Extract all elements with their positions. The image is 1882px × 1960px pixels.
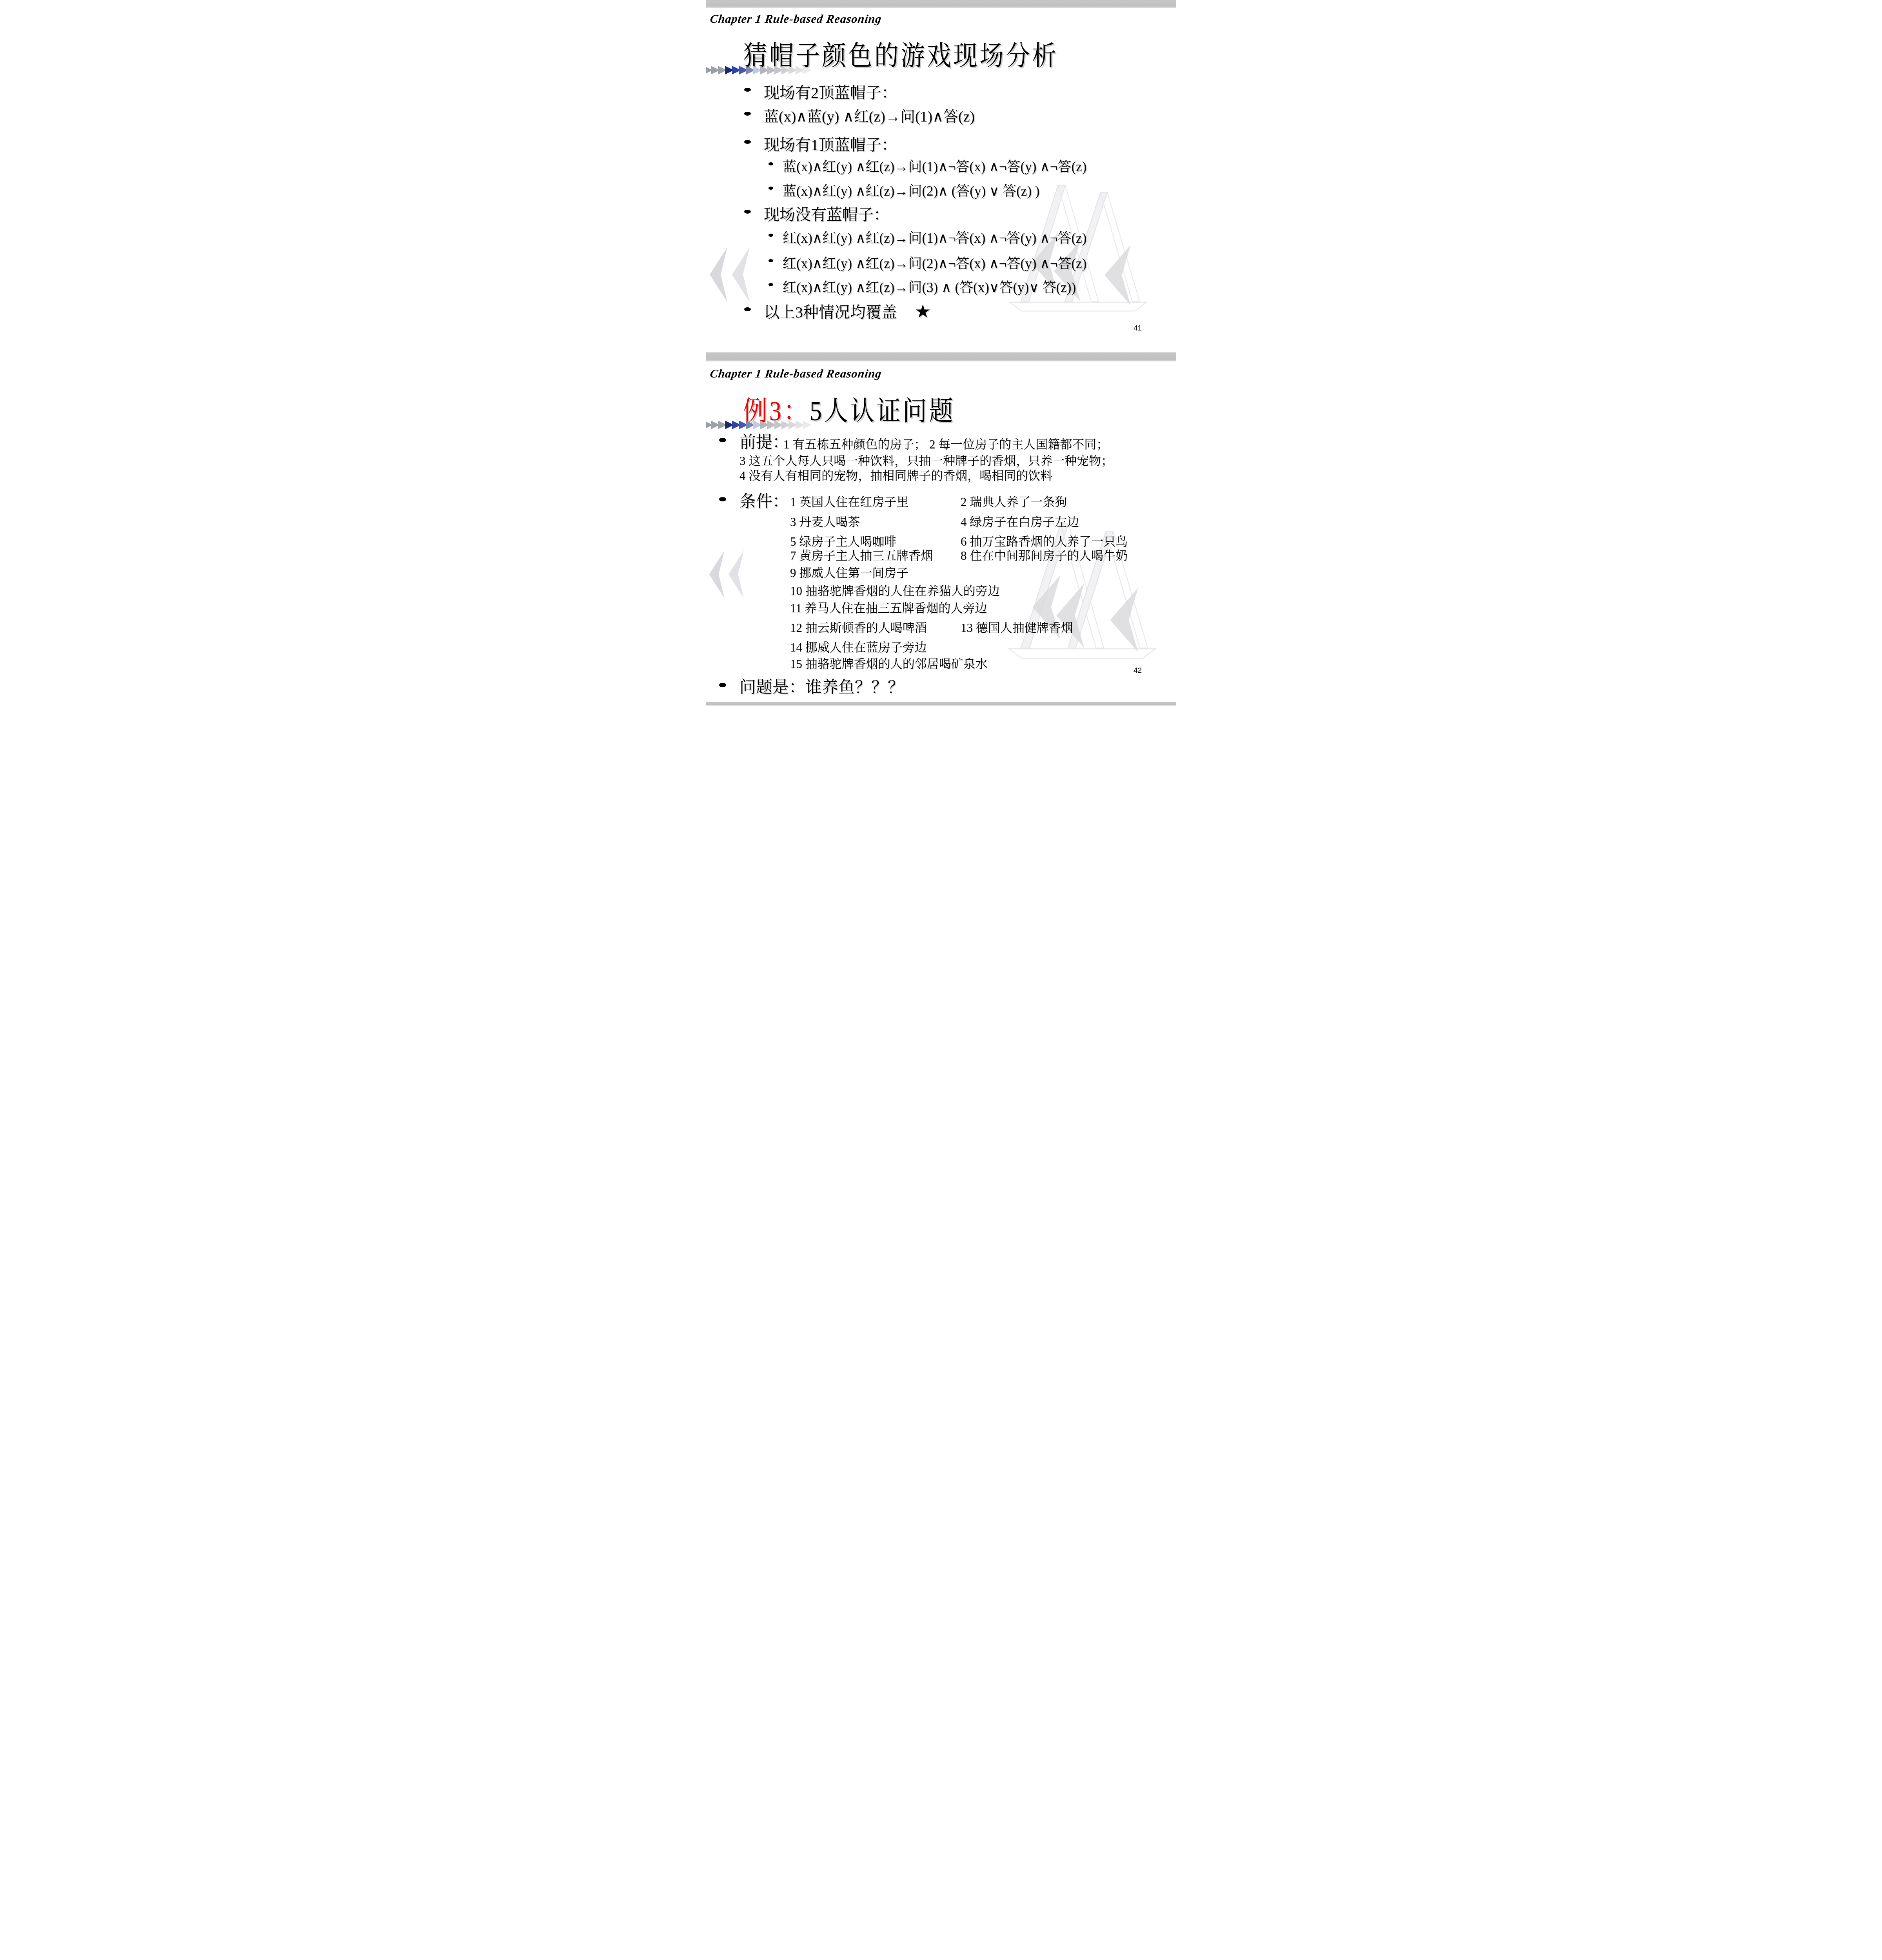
slide1-sub-5: 红(x)∧红(y) ∧红(z)→问(3) ∧ (答(x)∨答(y)∨ 答(z))	[783, 277, 1076, 296]
star-icon: ★	[915, 301, 931, 321]
condition-label: 条件：	[739, 488, 789, 512]
bullet-dot	[744, 210, 751, 214]
slide1-sub-3: 红(x)∧红(y) ∧红(z)→问(1)∧¬答(x) ∧¬答(y) ∧¬答(z)	[783, 227, 1086, 247]
bullet-dot	[744, 112, 751, 116]
condition-item: 13 德国人抽健牌香烟	[961, 618, 1073, 635]
bullet-dot	[719, 497, 726, 501]
bullet-dot	[768, 187, 773, 190]
condition-row: 15 抽骆驼牌香烟的人的邻居喝矿泉水	[790, 654, 1159, 671]
condition-item: 15 抽骆驼牌香烟的人的邻居喝矿泉水	[790, 657, 988, 671]
slide2-page-number: 42	[1134, 666, 1142, 675]
slide1-bullet-4-text: 以上3种情况均覆盖	[764, 303, 897, 321]
slide1-bullet-4: 以上3种情况均覆盖★	[764, 300, 931, 322]
slide2-title-text: 5人认证问题	[810, 396, 955, 426]
bullet-dot	[744, 88, 751, 92]
question-line: 问题是：谁养鱼？？？	[739, 674, 904, 698]
slide1-page-number: 41	[1134, 324, 1142, 333]
slide2-chevron-watermark	[706, 549, 747, 600]
arrow-triangle-icon	[803, 66, 812, 74]
arrow-triangle-icon	[803, 421, 812, 429]
condition-row: 14 挪威人住在蓝房子旁边	[790, 637, 1159, 655]
condition-row: 1 英国人住在红房子里 2 瑞典人养了一条狗	[790, 492, 1159, 510]
condition-item: 9 挪威人住第一间房子	[790, 566, 908, 580]
condition-item: 1 英国人住在红房子里	[790, 495, 908, 509]
slide1-arrow-decoration	[706, 66, 812, 74]
slide-divider-bar	[706, 352, 1176, 361]
bullet-dot	[719, 438, 726, 442]
bullet-dot	[719, 683, 726, 687]
slide1-formula-1: 蓝(x)∧蓝(y) ∧红(z)→问(1)∧答(z)	[764, 104, 975, 126]
premise-label: 前提：	[739, 429, 789, 453]
premise-line-3: 4 没有人有相同的宠物，抽相同牌子的香烟，喝相同的饮料	[739, 466, 1052, 483]
slide1-bullet-1: 现场有2顶蓝帽子：	[764, 80, 897, 103]
condition-item: 4 绿房子在白房子左边	[961, 512, 1079, 530]
condition-row: 3 丹麦人喝茶 4 绿房子在白房子左边	[790, 512, 1159, 530]
bullet-dot	[744, 307, 751, 311]
slide1-sub-2: 蓝(x)∧红(y) ∧红(z)→问(2)∧ (答(y) ∨ 答(z) )	[783, 180, 1039, 200]
slide1-logo-watermark	[996, 180, 1161, 318]
slide1-chevron-watermark	[706, 246, 753, 303]
condition-row: 9 挪威人住第一间房子	[790, 563, 1159, 581]
bottom-gray-bar	[706, 702, 1176, 706]
slide1-chapter-header: Chapter 1 Rule-based Reasoning	[709, 13, 883, 26]
condition-item: 11 养马人住在抽三五牌香烟的人旁边	[790, 601, 987, 615]
top-gray-bar	[706, 0, 1176, 8]
condition-item: 14 挪威人住在蓝房子旁边	[790, 641, 927, 654]
slide1-bullet-2: 现场有1顶蓝帽子：	[764, 132, 897, 155]
condition-item: 7 黄房子主人抽三五牌香烟	[790, 549, 933, 563]
condition-item: 3 丹麦人喝茶	[790, 515, 860, 529]
condition-item: 8 住在中间那间房子的人喝牛奶	[961, 546, 1128, 563]
premise-line-1: 1 有五栋五种颜色的房子； 2 每一位房子的主人国籍都不同；	[783, 434, 1108, 452]
slide2-arrow-decoration	[706, 421, 812, 429]
slides-page: Chapter 1 Rule-based Reasoning 猜帽子颜色的游戏现…	[706, 0, 1176, 706]
bullet-dot	[768, 259, 773, 262]
slide1-sub-1: 蓝(x)∧红(y) ∧红(z)→问(1)∧¬答(x) ∧¬答(y) ∧¬答(z)	[783, 156, 1086, 176]
bullet-dot	[768, 283, 773, 286]
bullet-dot	[768, 162, 773, 165]
condition-row: 11 养马人住在抽三五牌香烟的人旁边	[790, 598, 1159, 616]
condition-item: 2 瑞典人养了一条狗	[961, 492, 1067, 510]
slide2-chapter-header: Chapter 1 Rule-based Reasoning	[709, 367, 883, 381]
condition-row: 10 抽骆驼牌香烟的人住在养猫人的旁边	[790, 581, 1159, 599]
bullet-dot	[768, 234, 773, 237]
condition-item: 10 抽骆驼牌香烟的人住在养猫人的旁边	[790, 584, 1000, 598]
condition-item: 12 抽云斯顿香的人喝啤酒	[790, 621, 927, 635]
bullet-dot	[744, 140, 751, 144]
slide1-bullet-3: 现场没有蓝帽子：	[764, 202, 889, 225]
slide1-sub-4: 红(x)∧红(y) ∧红(z)→问(2)∧¬答(x) ∧¬答(y) ∧¬答(z)	[783, 253, 1086, 272]
condition-row: 7 黄房子主人抽三五牌香烟 8 住在中间那间房子的人喝牛奶	[790, 546, 1159, 563]
condition-row: 12 抽云斯顿香的人喝啤酒 13 德国人抽健牌香烟	[790, 618, 1159, 635]
